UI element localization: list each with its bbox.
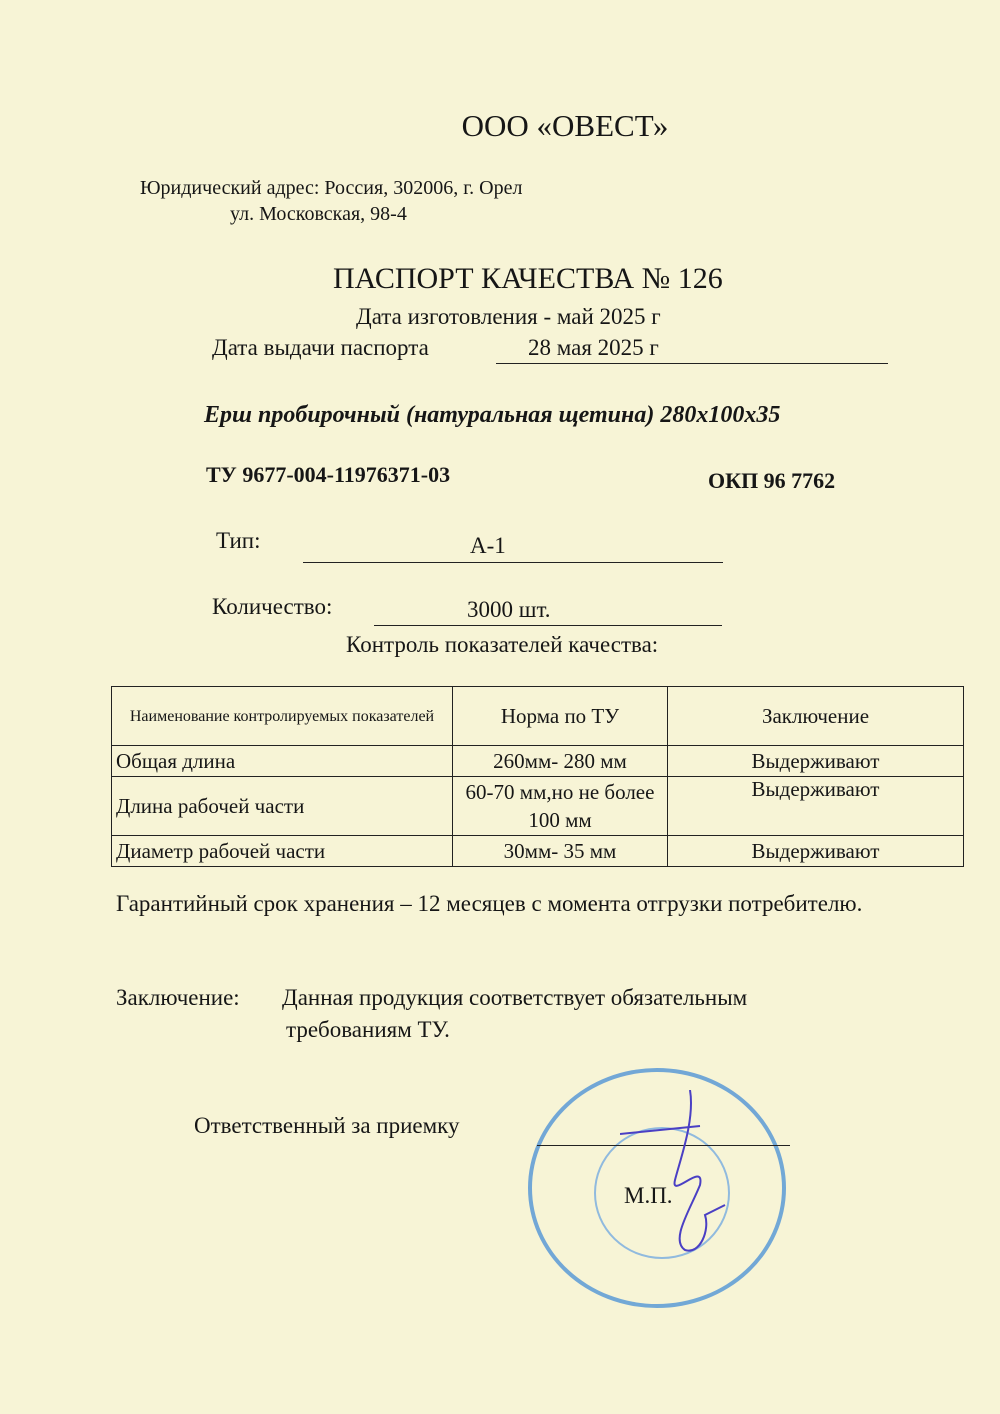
quality-control-heading: Контроль показателей качества:	[346, 632, 658, 658]
quantity-value: 3000 шт.	[467, 597, 551, 623]
type-label: Тип:	[216, 528, 260, 554]
conclusion-label: Заключение:	[116, 985, 240, 1011]
indicator-name: Длина рабочей части	[112, 777, 453, 836]
issue-date-label: Дата выдачи паспорта	[212, 335, 429, 361]
product-name: Ерш пробирочный (натуральная щетина) 280…	[204, 402, 780, 429]
table-header-row: Наименование контролируемых показателей …	[112, 687, 964, 746]
indicator-conclusion: Выдерживают	[668, 777, 964, 836]
column-header-norm: Норма по ТУ	[453, 687, 668, 746]
responsible-label: Ответственный за приемку	[194, 1113, 460, 1139]
column-header-conclusion: Заключение	[668, 687, 964, 746]
quantity-label: Количество:	[212, 594, 332, 620]
issue-date-underline	[496, 363, 888, 364]
legal-address-line1: Юридический адрес: Россия, 302006, г. Ор…	[140, 177, 522, 200]
signature-icon	[620, 1090, 730, 1260]
issue-date-value: 28 мая 2025 г	[528, 335, 659, 361]
quality-table: Наименование контролируемых показателей …	[111, 686, 964, 867]
indicator-norm: 30мм- 35 мм	[453, 836, 668, 867]
tu-code: ТУ 9677-004-11976371-03	[206, 462, 450, 488]
indicator-conclusion: Выдерживают	[668, 836, 964, 867]
indicator-conclusion: Выдерживают	[668, 746, 964, 777]
indicator-norm: 60-70 мм,но не более 100 мм	[453, 777, 668, 836]
indicator-name: Общая длина	[112, 746, 453, 777]
manufacture-date: Дата изготовления - май 2025 г	[356, 304, 661, 330]
type-underline	[303, 562, 723, 563]
legal-address-line2: ул. Московская, 98-4	[230, 203, 407, 226]
document-title: ПАСПОРТ КАЧЕСТВА № 126	[333, 262, 723, 296]
table-row: Диаметр рабочей части 30мм- 35 мм Выдерж…	[112, 836, 964, 867]
company-name: ООО «ОВЕСТ»	[0, 108, 1000, 144]
indicator-name: Диаметр рабочей части	[112, 836, 453, 867]
column-header-indicator: Наименование контролируемых показателей	[112, 687, 453, 746]
okp-code: ОКП 96 7762	[708, 468, 835, 494]
indicator-norm: 260мм- 280 мм	[453, 746, 668, 777]
warranty-text: Гарантийный срок хранения – 12 месяцев с…	[116, 889, 916, 919]
table-row: Длина рабочей части 60-70 мм,но не более…	[112, 777, 964, 836]
conclusion-text-line1: Данная продукция соответствует обязатель…	[282, 985, 747, 1011]
quantity-underline	[374, 625, 722, 626]
type-value: А-1	[470, 533, 506, 559]
conclusion-text-line2: требованиям ТУ.	[286, 1017, 450, 1043]
table-row: Общая длина 260мм- 280 мм Выдерживают	[112, 746, 964, 777]
